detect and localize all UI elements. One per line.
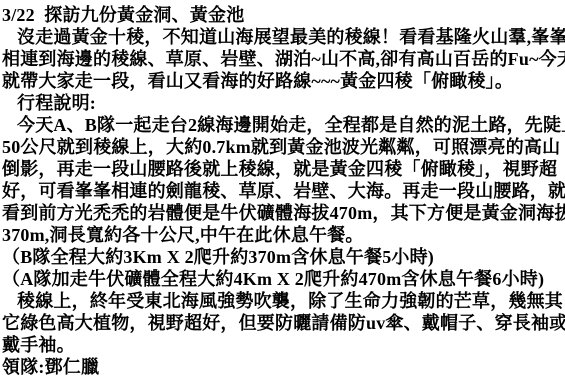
text-line-a-team-summary: （A隊加走牛伏礦體全程大約4Km X 2爬升約470m含休息午餐6小時) (2, 268, 563, 290)
text-line: 倒影，再走一段山腰路後就上稜線，就是黃金四稜「俯瞰稜」，視野超 (2, 158, 563, 180)
text-line: 看到前方光禿禿的岩體便是牛伏礦體海拔470m，其下方便是黃金洞海拔 (2, 202, 563, 224)
document-page: 3/22 探訪九份黃金洞、黃金池 沒走過黃金十稜，不知道山海展望最美的稜線！看看… (0, 0, 565, 380)
page-title: 3/22 探訪九份黃金洞、黃金池 (2, 4, 563, 26)
text-line-b-team-summary: （B隊全程大約3Km X 2爬升約370m含休息午餐5小時) (2, 246, 563, 268)
text-line: 50公尺就到稜線上，大約0.7km就到黃金池波光粼粼，可照漂亮的高山 (2, 136, 563, 158)
text-line: 相連到海邊的稜線、草原、岩壁、湖泊~山不高,卻有高山百岳的Fu~今天 (2, 48, 563, 70)
text-line: 好，可看峯峯相連的劍龍稜、草原、岩壁、大海。再走一段山腰路，就 (2, 180, 563, 202)
section-heading: 行程說明: (2, 92, 563, 114)
text-line: 戴手袖。 (2, 334, 563, 356)
text-line: 370m,洞長寬約各十公尺,中午在此休息午餐。 (2, 224, 563, 246)
text-line: 它綠色高大植物，視野超好，但要防曬請備防uv傘、戴帽子、穿長袖或 (2, 312, 563, 334)
text-line: 就帶大家走一段，看山又看海的好路線~~~黃金四稜「俯瞰稜」。 (2, 70, 563, 92)
text-line: 稜線上，終年受東北海風強勢吹襲，除了生命力強韌的芒草，幾無其 (2, 290, 563, 312)
text-line: 今天A、B隊一起走台2線海邊開始走，全程都是自然的泥土路，先陡上 (2, 114, 563, 136)
leader-line: 領隊:鄧仁臘 (2, 356, 563, 378)
text-line: 沒走過黃金十稜，不知道山海展望最美的稜線！看看基隆火山羣,峯峯 (2, 26, 563, 48)
